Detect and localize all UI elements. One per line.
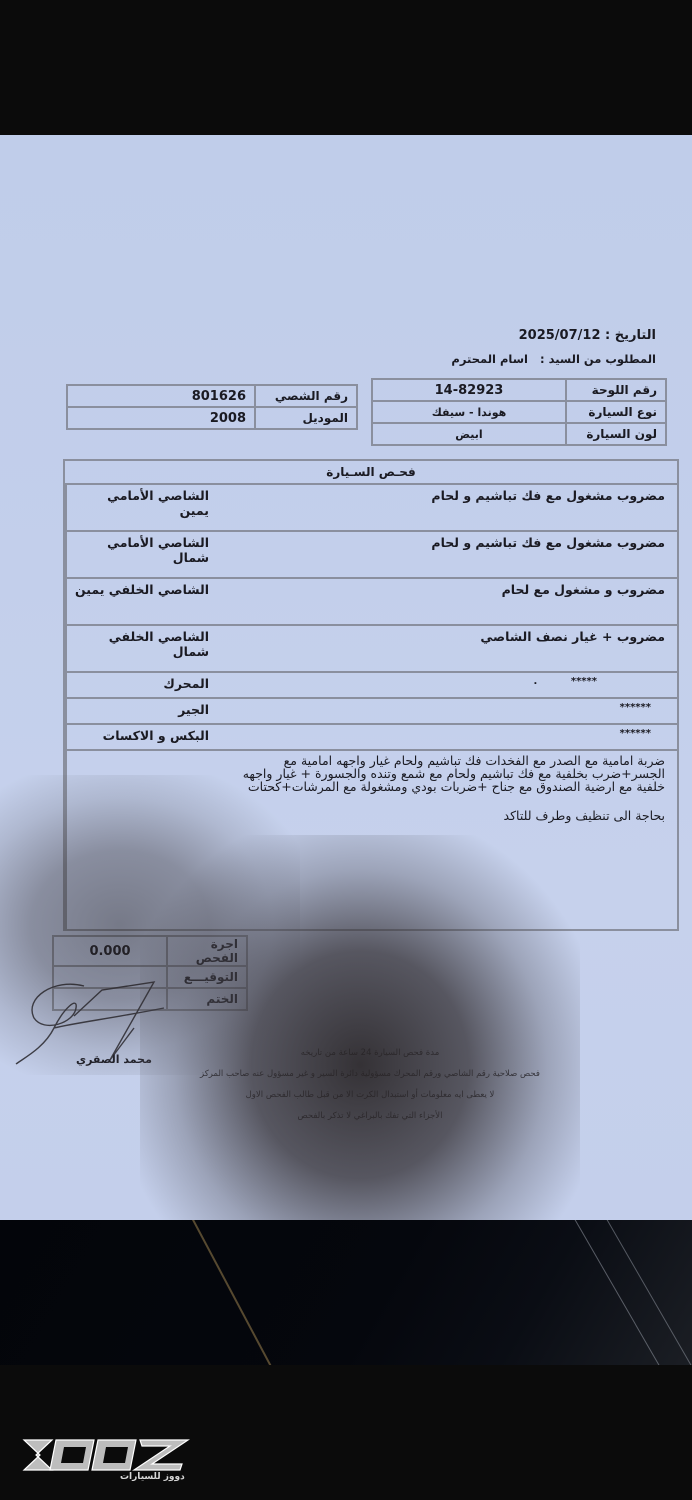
requested-by-value: اسام المحترم [451,352,528,366]
footer-term-2: فحص صلاحية رقم الشاصي ورقم المحرك مسؤولي… [160,1064,580,1085]
row-value: ****** [217,725,677,749]
signer-name: محمد الصقري [76,1053,152,1066]
car-color-row: لون السيارة ابيض [372,423,666,445]
row-value: ***** . [217,673,677,697]
row-label: المحرك [65,673,217,697]
requested-by-label: المطلوب من السيد : [540,352,656,366]
inspection-row-gearbox: الجير ****** [65,699,677,725]
requested-by-line: المطلوب من السيد : اسام المحترم [451,352,656,366]
date-label: التاريخ : [605,328,656,343]
fee-label: اجرة الفحص [167,936,247,966]
desk-edge-line [188,1220,279,1365]
chassis-value: 801626 [67,385,255,407]
model-label: الموديل [255,407,357,429]
logo-subtitle: دووز للسيارات [120,1472,185,1482]
row-label: الشاصي الخلفي شمال [65,626,217,671]
plate-label: رقم اللوحة [566,379,666,401]
stamp-label: الختم [167,988,247,1010]
car-inspection-table: فحـص السـيارة الشاصي الأمامي يمين مضروب … [63,459,679,931]
notes-paragraph-2: بحاجة الى تنظيف وطرف للتاكد [229,809,665,822]
row-value: مضروب و مشغول مع لحام [217,579,677,624]
row-value: ****** [217,699,677,723]
footer-terms: مدة فحص السيارة 24 ساعة من تاريخه فحص صل… [160,1043,580,1127]
car-color-value: ابيض [372,423,566,445]
row-label: البكس و الاكسات [65,725,217,749]
car-color-label: لون السيارة [566,423,666,445]
chassis-label: رقم الشصي [255,385,357,407]
notes-paragraph-1: ضربة امامية مع الصدر مع الفخدات فك تباشي… [229,754,665,793]
car-type-label: نوع السيارة [566,401,666,423]
footer-term-4: الأجزاء التي تفك بالبراغي لا تذكر بالفحص [160,1106,580,1127]
model-value: 2008 [67,407,255,429]
footer-term-3: لا يعطى ايه معلومات أو استبدال الكرت الا… [160,1085,580,1106]
plate-value: 14-82923 [372,379,566,401]
inspection-row-axles: البكس و الاكسات ****** [65,725,677,751]
signature-label: التوقيـــع [167,966,247,988]
row-label: الشاصي الأمامي يمين [65,485,217,530]
top-black-bar [0,0,692,135]
car-type-row: نوع السيارة هوندا - سيفك [372,401,666,423]
chassis-row: رقم الشصي 801626 [67,385,357,407]
inspection-notes-row: ضربة امامية مع الصدر مع الفخدات فك تباشي… [65,751,677,929]
inspection-row-rear-left-chassis: الشاصي الخلفي شمال مضروب + غيار نصف الشا… [65,626,677,673]
inspection-notes: ضربة امامية مع الصدر مع الفخدات فك تباشي… [217,751,677,929]
bottom-black-bar [0,1365,692,1500]
notes-label-cell [65,751,217,929]
vehicle-info-table: رقم اللوحة 14-82923 نوع السيارة هوندا - … [371,378,667,446]
inspection-row-rear-right-chassis: الشاصي الخلفي يمين مضروب و مشغول مع لحام [65,579,677,626]
date-value: 2025/07/12 [519,328,601,343]
plate-row: رقم اللوحة 14-82923 [372,379,666,401]
engine-value: ***** [571,676,597,687]
fee-value: 0.000 [53,936,167,966]
row-label: الشاصي الخلفي يمين [65,579,217,624]
inspection-report-paper: التاريخ : 2025/07/12 المطلوب من السيد : … [0,135,692,1220]
footer-term-1: مدة فحص السيارة 24 ساعة من تاريخه [160,1043,580,1064]
fee-row: اجرة الفحص 0.000 [53,936,247,966]
engine-dot: . [534,676,568,687]
car-type-value: هوندا - سيفك [372,401,566,423]
inspection-row-front-left-chassis: الشاصي الأمامي شمال مضروب مشغول مع فك تب… [65,532,677,579]
desk-surface [0,1220,692,1365]
inspection-row-front-right-chassis: الشاصي الأمامي يمين مضروب مشغول مع فك تب… [65,485,677,532]
date-line: التاريخ : 2025/07/12 [519,328,656,343]
chassis-info-table: رقم الشصي 801626 الموديل 2008 [66,384,358,430]
row-value: مضروب + غيار نصف الشاصي [217,626,677,671]
row-label: الشاصي الأمامي شمال [65,532,217,577]
row-label: الجير [65,699,217,723]
row-value: مضروب مشغول مع فك تباشيم و لحام [217,485,677,530]
inspection-title: فحـص السـيارة [65,461,677,485]
row-value: مضروب مشغول مع فك تباشيم و لحام [217,532,677,577]
inspection-row-engine: المحرك ***** . [65,673,677,699]
model-row: الموديل 2008 [67,407,357,429]
dooz-logo-icon [22,1437,192,1473]
